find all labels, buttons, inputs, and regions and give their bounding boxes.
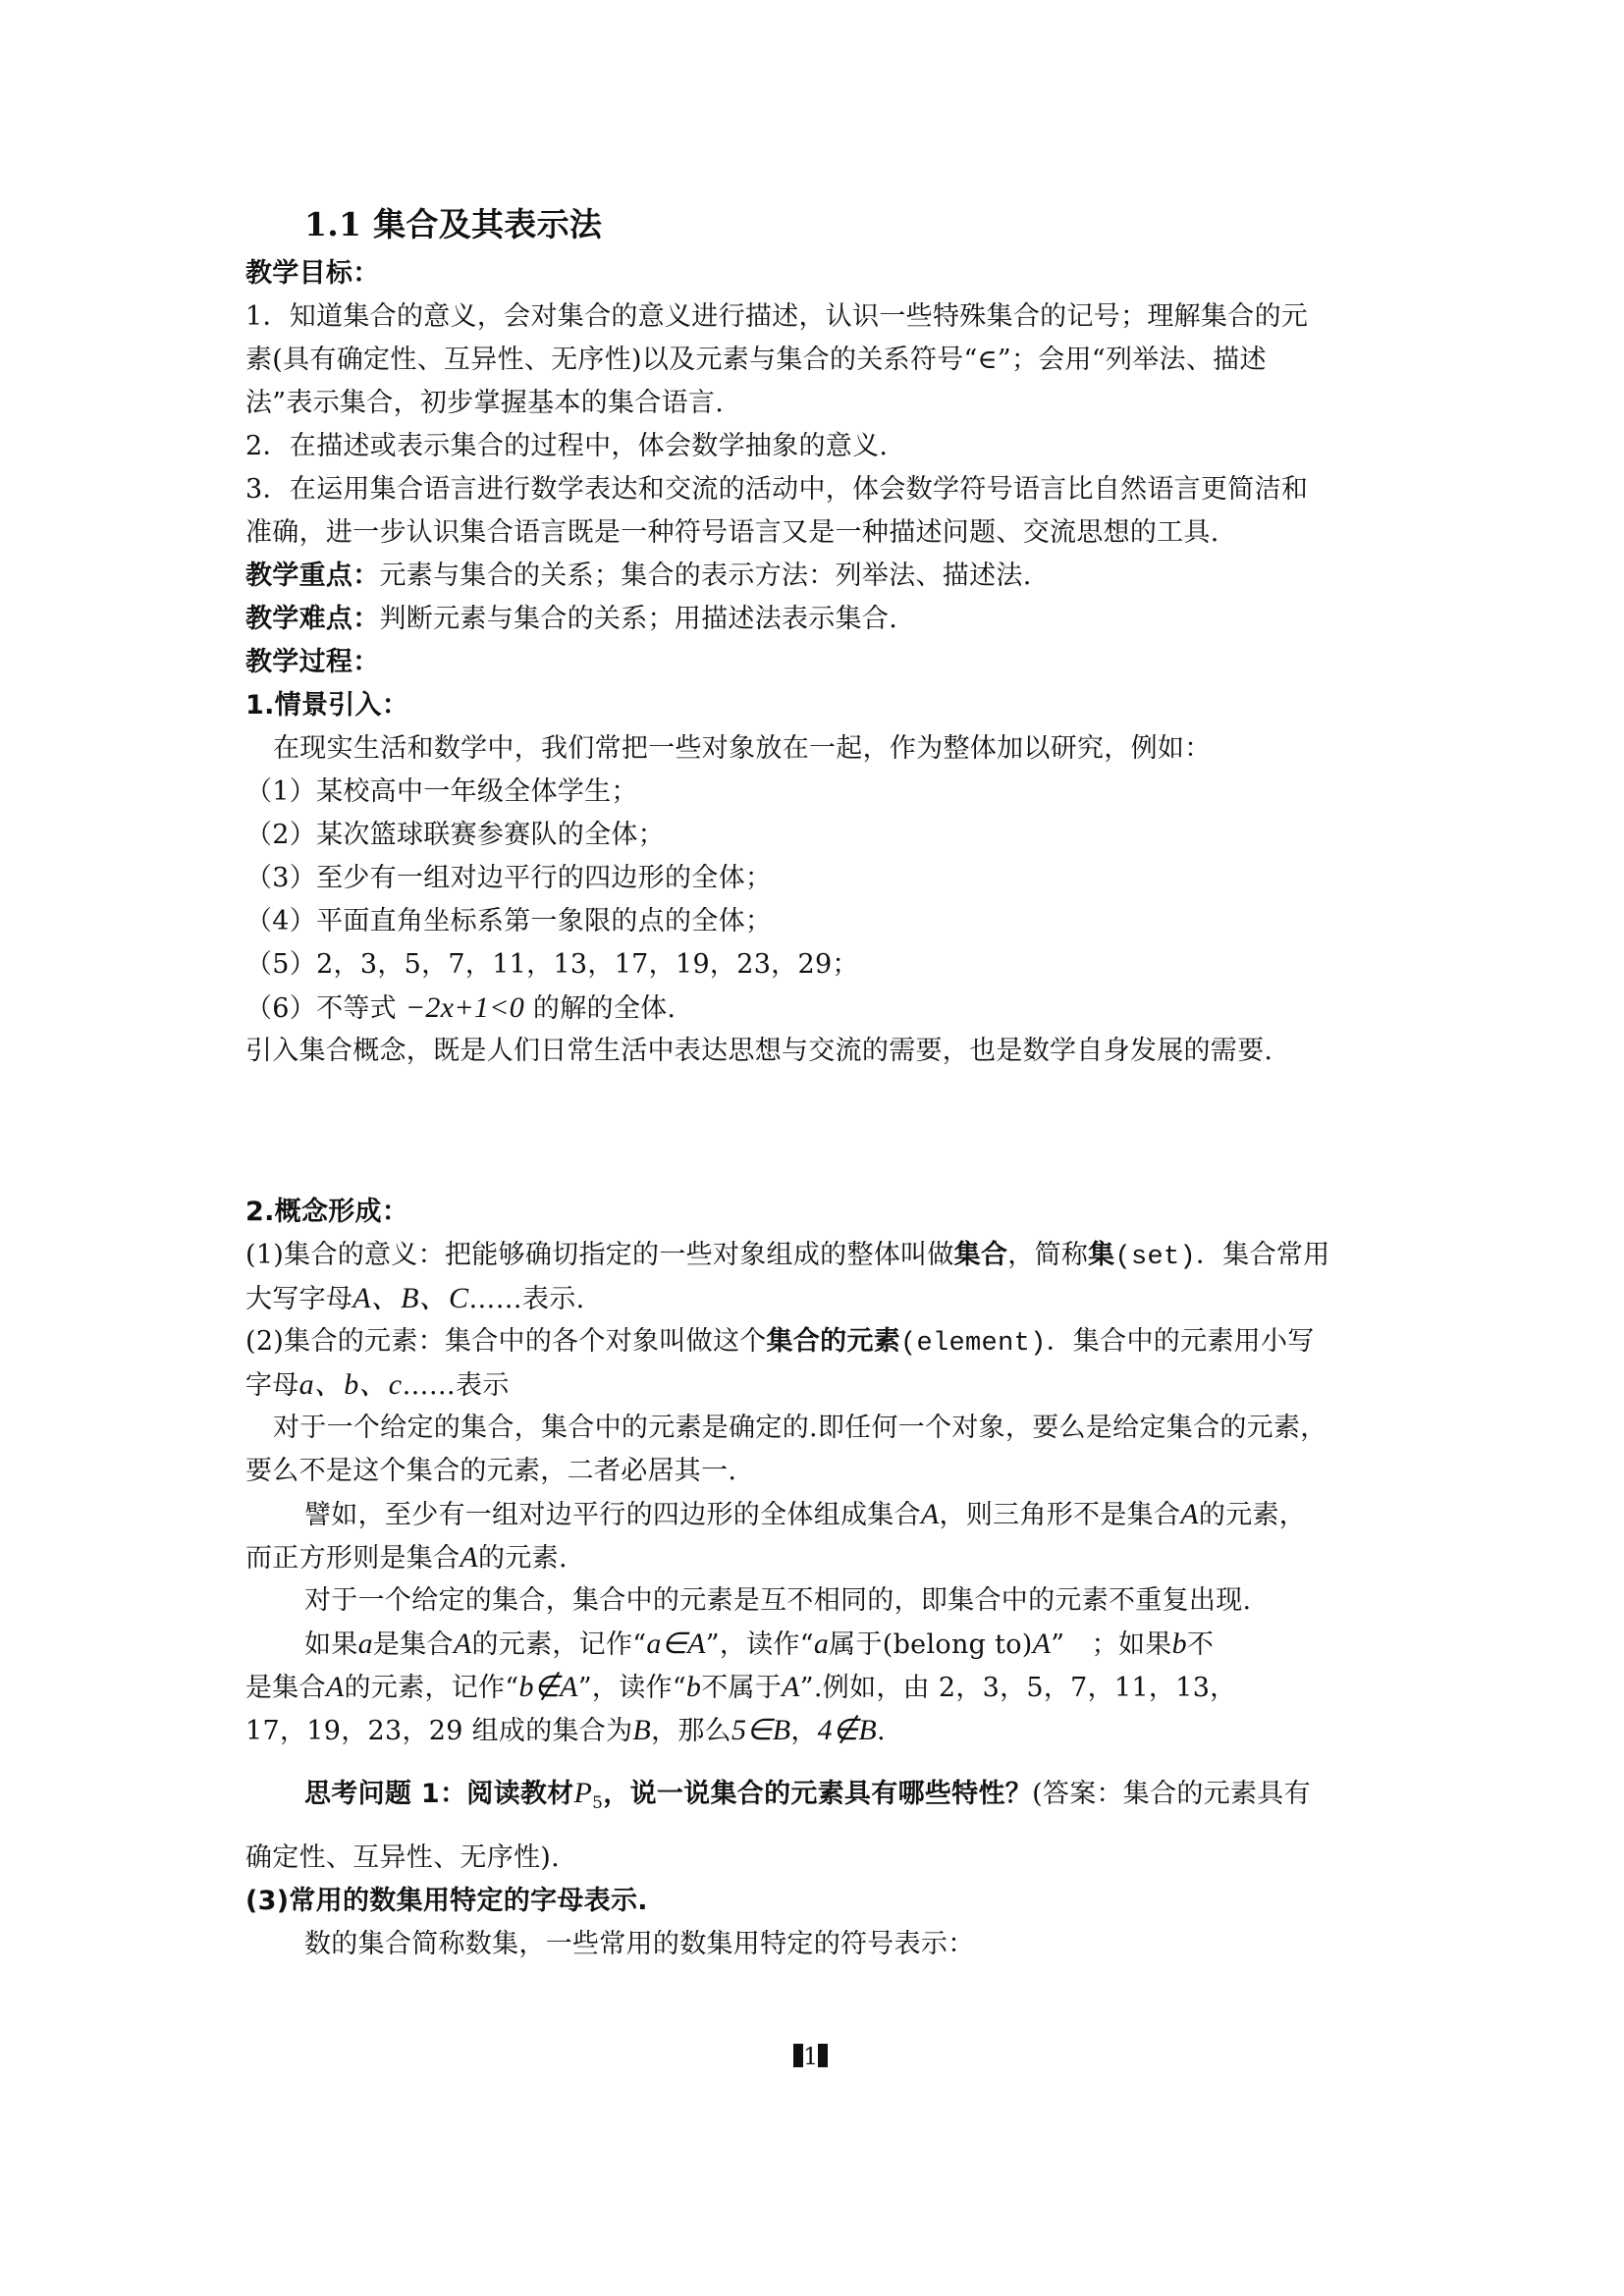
- page-number-value: 1: [803, 2043, 818, 2070]
- text: 的元素，记作“: [345, 1673, 519, 1703]
- text: ……表示.: [468, 1284, 584, 1314]
- section2-heading: 2.概念形成：: [245, 1196, 1394, 1229]
- element-line: 字母a、b、c……表示: [245, 1368, 1394, 1403]
- text: 是集合: [373, 1629, 454, 1660]
- page-title: 1.1 集合及其表示法: [304, 208, 1453, 241]
- difficulties-text: 判断元素与集合的关系；用描述法表示集合.: [380, 604, 898, 634]
- difficulties: 教学难点：判断元素与集合的关系；用描述法表示集合.: [245, 603, 1394, 636]
- math-var: b: [686, 1671, 701, 1703]
- key-points-text: 元素与集合的关系；集合的表示方法：列举法、描述法.: [380, 561, 1032, 591]
- text: 如果: [304, 1629, 358, 1660]
- math-expr: b∉A: [518, 1671, 577, 1703]
- objective-line: 2．在描述或表示集合的过程中，体会数学抽象的意义.: [245, 430, 1394, 463]
- example-item: （6）不等式 −2x+1<0 的解的全体.: [245, 991, 1394, 1026]
- membership-line: 是集合A的元素，记作“b∉A”，读作“b不属于A”.例如，由 2，3，5，7，1…: [245, 1671, 1394, 1705]
- math-var: A: [921, 1498, 940, 1530]
- math-var: A: [1180, 1498, 1199, 1530]
- membership-line: 17，19，23，29 组成的集合为B，那么5∈B，4∉B.: [245, 1714, 1394, 1748]
- key-points: 教学重点：元素与集合的关系；集合的表示方法：列举法、描述法.: [245, 560, 1394, 593]
- math-var: a: [814, 1628, 829, 1660]
- question1: 思考问题 1：阅读教材P5，说一说集合的元素具有哪些特性？(答案：集合的元素具有: [304, 1777, 1453, 1820]
- text: (set)．集合常用: [1114, 1243, 1329, 1272]
- text: 是集合: [245, 1673, 326, 1703]
- math-subscript: 5: [592, 1793, 603, 1813]
- math-var: A: [782, 1671, 800, 1703]
- document-page: 1.1 集合及其表示法 教学目标： 1．知道集合的意义，会对集合的意义进行描述，…: [0, 0, 1624, 2296]
- objective-line: 素(具有确定性、互异性、无序性)以及元素与集合的关系符号“∈”；会用“列举法、描…: [245, 344, 1394, 377]
- math-expr: a∈A: [646, 1628, 705, 1660]
- paragraph-line: 对于一个给定的集合，集合中的元素是互不相同的，即集合中的元素不重复出现.: [304, 1584, 1453, 1618]
- bracket-right-icon: [818, 2044, 828, 2067]
- bracket-left-icon: [793, 2044, 803, 2067]
- text: (2)集合的元素：集合中的各个对象叫做这个: [245, 1326, 767, 1357]
- text: ，那么: [651, 1716, 731, 1746]
- example6-suffix: 的解的全体.: [524, 993, 676, 1024]
- set-meaning-line: 大写字母A、B、C……表示.: [245, 1282, 1394, 1316]
- text: 大写字母: [245, 1284, 352, 1314]
- answer-line: 确定性、互异性、无序性).: [245, 1842, 1394, 1875]
- term-set-short: 集: [1088, 1240, 1114, 1270]
- text: 譬如，至少有一组对边平行的四边形的全体组成集合: [304, 1500, 921, 1530]
- question-label: 思考问题 1：阅读教材: [304, 1779, 574, 1809]
- element-line: (2)集合的元素：集合中的各个对象叫做这个集合的元素(element)．集合中的…: [245, 1325, 1394, 1361]
- text: ” ；如果: [1051, 1629, 1171, 1660]
- example-item: （3）至少有一组对边平行的四边形的全体；: [245, 862, 1394, 895]
- text: 的元素，: [1199, 1500, 1306, 1530]
- math-vars: A、B、C: [352, 1282, 468, 1314]
- objectives-heading: 教学目标：: [245, 257, 1394, 291]
- key-points-label: 教学重点：: [245, 561, 380, 591]
- math-expr: 5∈B: [731, 1714, 790, 1746]
- text: 的元素.: [478, 1543, 568, 1574]
- example-item: （2）某次篮球联赛参赛队的全体；: [245, 819, 1394, 852]
- paragraph-line: 而正方形则是集合A的元素.: [245, 1541, 1394, 1575]
- text: 而正方形则是集合: [245, 1543, 460, 1574]
- section1-heading: 1.情景引入：: [245, 689, 1394, 722]
- question-text: ，说一说集合的元素具有哪些特性？: [603, 1779, 1032, 1809]
- text: ”，读作“: [578, 1673, 686, 1703]
- section1-conclusion: 引入集合概念，既是人们日常生活中表达思想与交流的需要，也是数学自身发展的需要.: [245, 1035, 1394, 1068]
- answer-text: (答案：集合的元素具有: [1032, 1779, 1311, 1809]
- difficulties-label: 教学难点：: [245, 604, 380, 634]
- inequality-math: −2x+1<0: [406, 991, 524, 1024]
- math-var: b: [1172, 1628, 1187, 1660]
- text: 17，19，23，29 组成的集合为: [245, 1716, 632, 1746]
- process-heading: 教学过程：: [245, 646, 1394, 679]
- math-var: a: [358, 1628, 373, 1660]
- text: 不属于: [701, 1673, 782, 1703]
- section3-heading: (3)常用的数集用特定的字母表示.: [245, 1885, 1394, 1918]
- math-expr: 4∉B: [818, 1714, 877, 1746]
- example-item: （1）某校高中一年级全体学生；: [245, 775, 1394, 809]
- membership-line: 如果a是集合A的元素，记作“a∈A”，读作“a属于(belong to)A” ；…: [304, 1628, 1453, 1662]
- objective-line: 1．知道集合的意义，会对集合的意义进行描述，认识一些特殊集合的记号；理解集合的元: [245, 300, 1394, 334]
- math-var: A: [1033, 1628, 1052, 1660]
- text: ，简称: [1007, 1240, 1088, 1270]
- math-var: A: [326, 1671, 345, 1703]
- math-var: P: [574, 1777, 593, 1809]
- text: 不: [1187, 1629, 1214, 1660]
- section3-text: 数的集合简称数集，一些常用的数集用特定的符号表示：: [304, 1928, 1453, 1961]
- example-item: （5）2，3，5，7，11，13，17，19，23，29；: [245, 948, 1394, 982]
- paragraph-line: 要么不是这个集合的元素，二者必居其一.: [245, 1455, 1394, 1488]
- text: ”，读作“: [706, 1629, 814, 1660]
- example-item: （4）平面直角坐标系第一象限的点的全体；: [245, 905, 1394, 938]
- objective-line: 准确，进一步认识集合语言既是一种符号语言又是一种描述问题、交流思想的工具.: [245, 516, 1394, 550]
- math-vars: a、b、c: [299, 1368, 403, 1401]
- math-var: A: [454, 1628, 472, 1660]
- example6-prefix: （6）不等式: [245, 993, 406, 1024]
- paragraph-line: 譬如，至少有一组对边平行的四边形的全体组成集合A，则三角形不是集合A的元素，: [304, 1498, 1453, 1532]
- text: (element)．集合中的元素用小写: [900, 1329, 1315, 1359]
- term-element: 集合的元素: [767, 1326, 901, 1357]
- text: 属于(belong to): [829, 1629, 1032, 1660]
- set-meaning-line: (1)集合的意义：把能够确切指定的一些对象组成的整体叫做集合，简称集(set)．…: [245, 1239, 1394, 1274]
- page-number: 1: [793, 2042, 828, 2071]
- text: (1)集合的意义：把能够确切指定的一些对象组成的整体叫做: [245, 1240, 954, 1270]
- math-var: A: [460, 1541, 478, 1574]
- objective-line: 3．在运用集合语言进行数学表达和交流的活动中，体会数学符号语言比自然语言更简洁和: [245, 473, 1394, 507]
- math-var: B: [632, 1714, 651, 1746]
- text: .: [877, 1716, 886, 1746]
- text: 的元素，记作“: [471, 1629, 646, 1660]
- term-set: 集合: [954, 1240, 1008, 1270]
- objective-line: 法”表示集合，初步掌握基本的集合语言.: [245, 387, 1394, 420]
- text: ，: [790, 1716, 817, 1746]
- section1-intro: 在现实生活和数学中，我们常把一些对象放在一起，作为整体加以研究，例如：: [273, 732, 1422, 766]
- paragraph-line: 对于一个给定的集合，集合中的元素是确定的.即任何一个对象，要么是给定集合的元素，: [273, 1412, 1422, 1445]
- text: 字母: [245, 1370, 299, 1401]
- text: ……表示: [402, 1370, 509, 1401]
- text: ”.例如，由 2，3，5，7，11，13，: [800, 1673, 1237, 1703]
- text: ，则三角形不是集合: [940, 1500, 1181, 1530]
